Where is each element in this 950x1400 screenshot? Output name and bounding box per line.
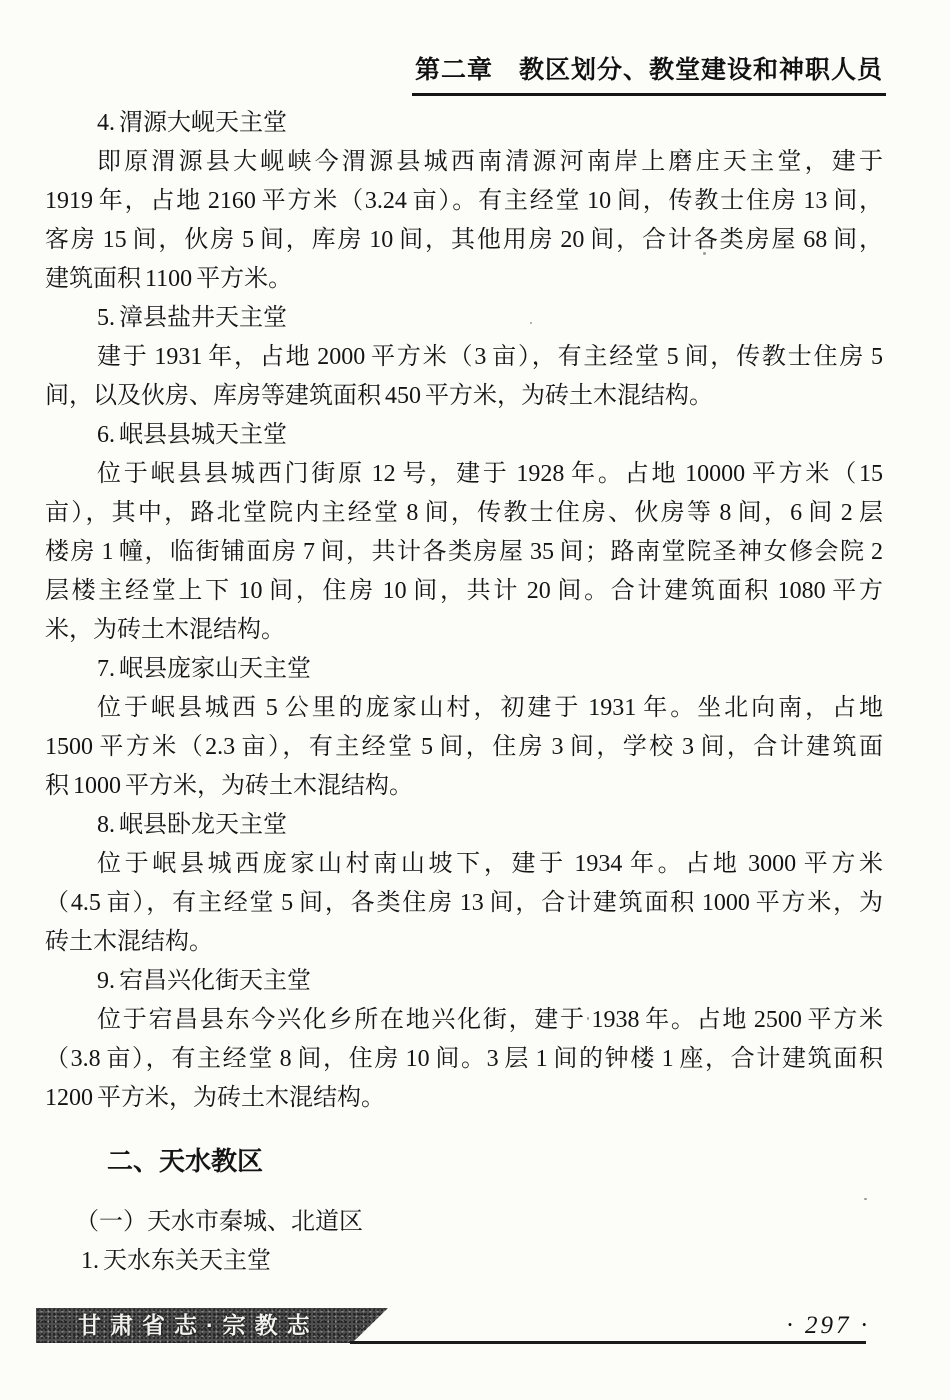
paragraph-line: 客房 15 间，伙房 5 间，库房 10 间，其他用房 20 间，合计各类房屋 … xyxy=(45,221,883,260)
page-body-text: 4. 渭源大岘天主堂即原渭源县大岘峡今渭源县城西南清源河南岸上磨庄天主堂，建于1… xyxy=(45,104,883,1281)
section-heading: 二、天水教区 xyxy=(45,1118,883,1203)
church-heading-line: 1. 天水东关天主堂 xyxy=(45,1242,883,1281)
church-heading-line: 9. 宕昌兴化街天主堂 xyxy=(45,962,883,1001)
footer-series-title: 甘肃省志·宗教志 xyxy=(36,1308,388,1343)
paragraph-line: 建筑面积 1100 平方米。 xyxy=(45,260,883,299)
subsection-heading: （一）天水市秦城、北道区 xyxy=(45,1203,883,1242)
footer-series-banner: 甘肃省志·宗教志 xyxy=(36,1308,388,1343)
paragraph-line: 位于岷县城西庞家山村南山坡下，建于 1934 年。占地 3000 平方米 xyxy=(45,845,883,884)
church-heading-line: 6. 岷县县城天主堂 xyxy=(45,416,883,455)
paragraph-line: 1200 平方米，为砖土木混结构。 xyxy=(45,1079,883,1118)
paragraph-line: 砖土木混结构。 xyxy=(45,923,883,962)
paragraph-line: （3.8 亩），有主经堂 8 间，住房 10 间。3 层 1 间的钟楼 1 座，… xyxy=(45,1040,883,1079)
paragraph-line: （4.5 亩），有主经堂 5 间，各类住房 13 间，合计建筑面积 1000 平… xyxy=(45,884,883,923)
scan-speck xyxy=(530,322,532,324)
paragraph-line: 间，以及伙房、库房等建筑面积 450 平方米，为砖土木混结构。 xyxy=(45,377,883,416)
church-heading-line: 4. 渭源大岘天主堂 xyxy=(45,104,883,143)
church-heading-line: 5. 漳县盐井天主堂 xyxy=(45,299,883,338)
paragraph-line: 米，为砖土木混结构。 xyxy=(45,611,883,650)
paragraph-line: 建于 1931 年，占地 2000 平方米（3 亩），有主经堂 5 间，传教士住… xyxy=(45,338,883,377)
footer-rule-line xyxy=(350,1341,866,1344)
paragraph-line: 积 1000 平方米，为砖土木混结构。 xyxy=(45,767,883,806)
church-heading-line: 8. 岷县卧龙天主堂 xyxy=(45,806,883,845)
scan-speck xyxy=(864,1198,867,1200)
scan-speck xyxy=(587,1017,589,1020)
paragraph-line: 层楼主经堂上下 10 间，住房 10 间，共计 20 间。合计建筑面积 1080… xyxy=(45,572,883,611)
paragraph-line: 1500 平方米（2.3 亩），有主经堂 5 间，住房 3 间，学校 3 间，合… xyxy=(45,728,883,767)
paragraph-line: 位于岷县县城西门街原 12 号，建于 1928 年。占地 10000 平方米（1… xyxy=(45,455,883,494)
church-heading-line: 7. 岷县庞家山天主堂 xyxy=(45,650,883,689)
chapter-header: 第二章 教区划分、教堂建设和神职人员 xyxy=(412,50,886,96)
paragraph-line: 位于宕昌县东今兴化乡所在地兴化街，建于 1938 年。占地 2500 平方米 xyxy=(45,1001,883,1040)
paragraph-line: 1919 年，占地 2160 平方米（3.24 亩）。有主经堂 10 间，传教士… xyxy=(45,182,883,221)
scanned-book-page: 第二章 教区划分、教堂建设和神职人员 4. 渭源大岘天主堂即原渭源县大岘峡今渭源… xyxy=(0,0,950,1400)
paragraph-line: 楼房 1 幢，临街铺面房 7 间，共计各类房屋 35 间；路南堂院圣神女修会院 … xyxy=(45,533,883,572)
scan-speck xyxy=(703,252,706,255)
paragraph-line: 位于岷县城西 5 公里的庞家山村，初建于 1931 年。坐北向南，占地 xyxy=(45,689,883,728)
paragraph-line: 即原渭源县大岘峡今渭源县城西南清源河南岸上磨庄天主堂，建于 xyxy=(45,143,883,182)
page-number: · 297 · xyxy=(787,1312,871,1340)
paragraph-line: 亩），其中，路北堂院内主经堂 8 间，传教士住房、伙房等 8 间，6 间 2 层 xyxy=(45,494,883,533)
